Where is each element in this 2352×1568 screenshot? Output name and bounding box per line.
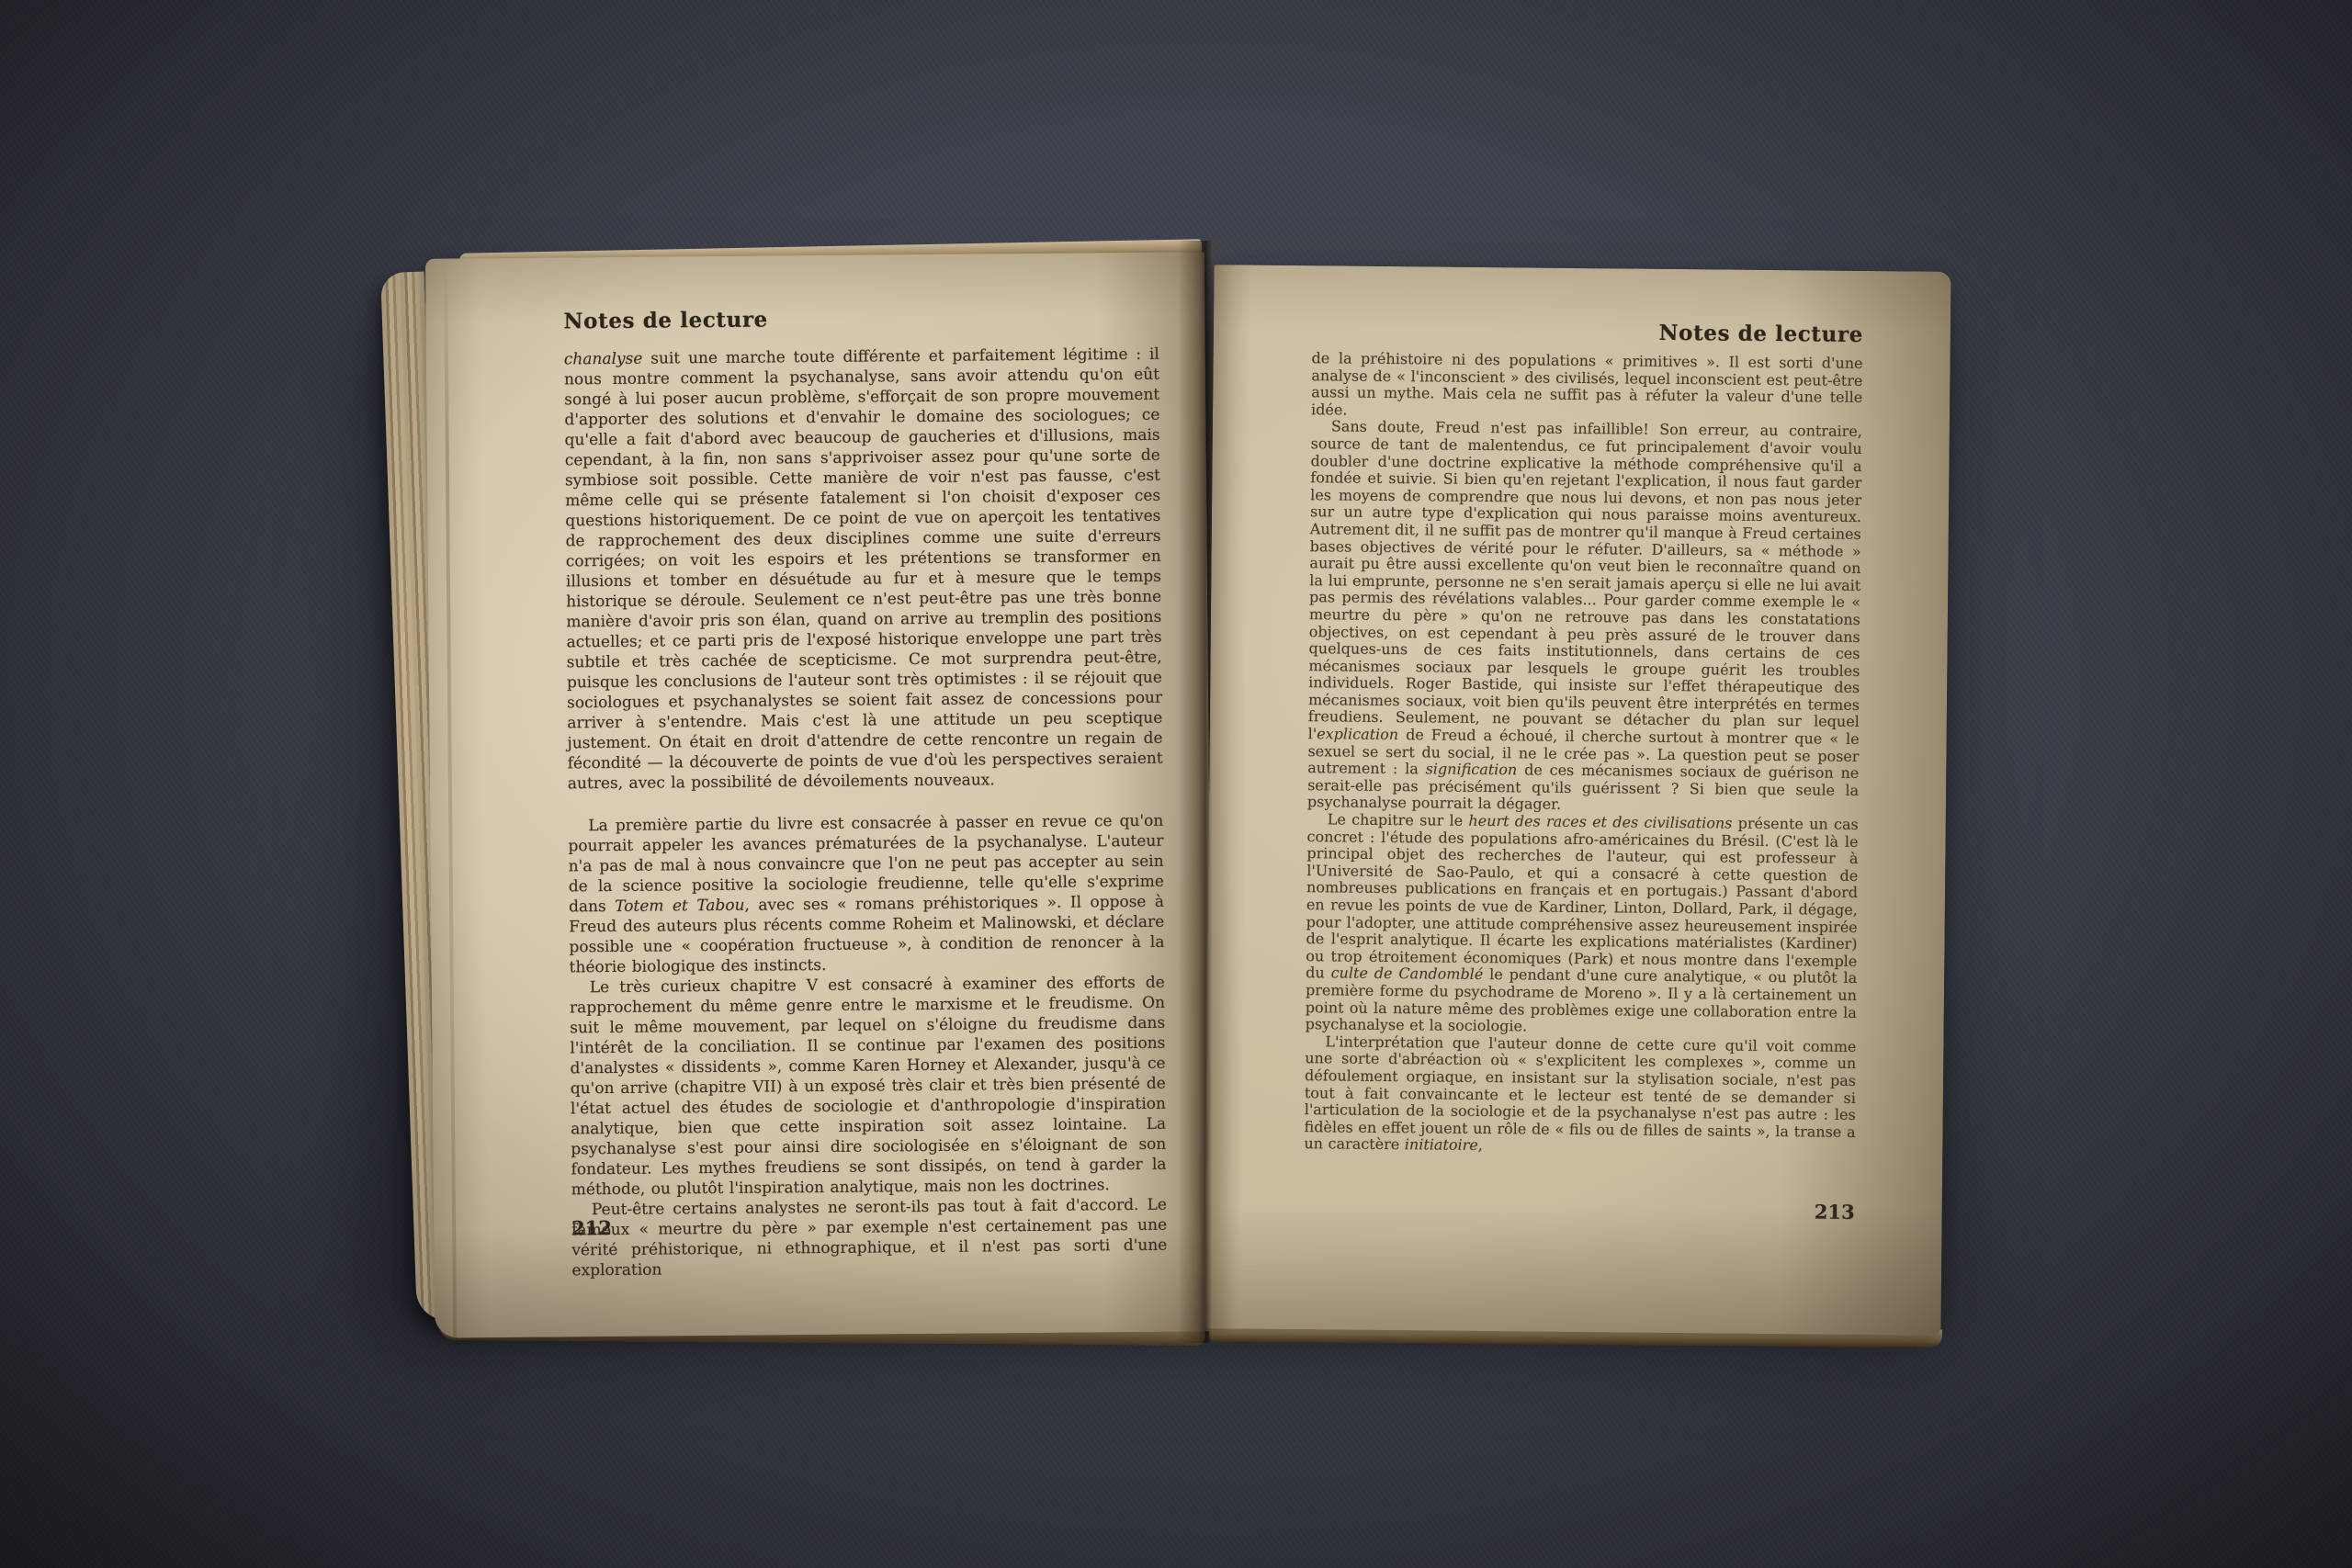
photo-open-book: { "colors": { "background": "#3b3e48", "…: [0, 0, 2352, 1568]
right-page: Notes de lecture de la préhistoire ni de…: [1204, 265, 1951, 1336]
left-page-text-paragraph-2: La première partie du livre est consacré…: [568, 811, 1165, 978]
right-page-text-paragraph-3: Le chapitre sur le heurt des races et de…: [1306, 811, 1859, 1038]
right-page-text-paragraph-4: L'interprétation que l'auteur donne de c…: [1304, 1033, 1856, 1158]
book-gutter-shadow: [1178, 241, 1233, 1343]
right-page-number: 213: [1304, 1195, 1855, 1224]
left-page-header: Notes de lecture: [563, 307, 768, 333]
left-page-text-paragraph-1: chanalyse suit une marche toute différen…: [564, 344, 1163, 795]
right-page-text-paragraph-2: Sans doute, Freud n'est pas infaillible!…: [1307, 419, 1862, 817]
right-page-text: de la préhistoire ni des populations « p…: [1304, 350, 1862, 1158]
right-page-text-paragraph-1: de la préhistoire ni des populations « p…: [1311, 350, 1863, 423]
left-page-text-paragraph-3: Le très curieux chapitre V est consacré …: [570, 973, 1167, 1201]
right-page-header: Notes de lecture: [1312, 317, 1863, 347]
left-page-number: 212: [571, 1216, 612, 1239]
left-page: Notes de lecture chanalyse suit une marc…: [425, 252, 1214, 1337]
left-page-text-paragraph-4: Peut-être certains analystes ne seront-i…: [571, 1195, 1168, 1281]
left-page-text: chanalyse suit une marche toute différen…: [564, 344, 1168, 1281]
